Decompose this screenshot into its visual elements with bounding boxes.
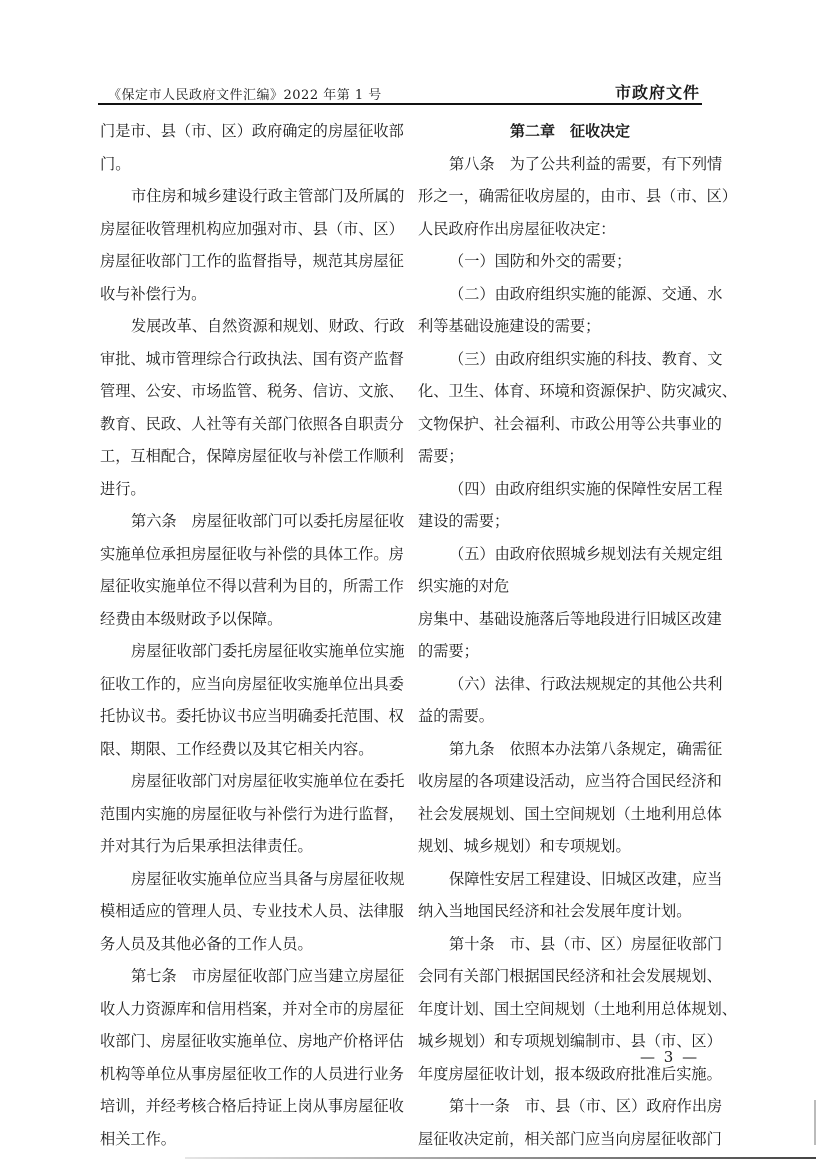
line-text: 需要；: [418, 447, 464, 465]
right-text-column: 第二章 征收决定 第八条为了公共利益的需要，有下列情形之一，确需征收房屋的，由市…: [418, 115, 722, 1155]
article-line: 第十一条市、县（市、区）政府作出房: [418, 1090, 722, 1123]
line-text: 实施单位承担房屋征收与补偿的具体工作。房: [100, 545, 404, 563]
text-line: 收人力资源库和信用档案，并对全市的房屋征: [100, 993, 404, 1026]
text-line: （六）法律、行政法规规定的其他公共利: [418, 668, 722, 701]
line-text: （三）由政府组织实施的科技、教育、文: [449, 350, 722, 368]
text-line: （一）国防和外交的需要；: [418, 245, 722, 278]
text-line: 规划、城乡规划）和专项规划。: [418, 830, 722, 863]
text-line: 门。: [100, 148, 404, 181]
line-text: 市、县（市、区）政府作出房: [525, 1097, 722, 1115]
text-line: 发展改革、自然资源和规划、财政、行政: [100, 310, 404, 343]
text-line: （四）由政府组织实施的保障性安居工程: [418, 473, 722, 506]
line-text: 模相适应的管理人员、专业技术人员、法律服: [100, 902, 404, 920]
line-text: 培训，并经考核合格后持证上岗从事房屋征收: [100, 1097, 404, 1115]
text-line: 需要；: [418, 440, 722, 473]
line-text: 并对其行为后果承担法律责任。: [100, 837, 313, 855]
text-line: 收部门、房屋征收实施单位、房地产价格评估: [100, 1025, 404, 1058]
text-line: 房屋征收实施单位应当具备与房屋征收规: [100, 863, 404, 896]
text-line: 形之一，确需征收房屋的，由市、县（市、区）: [418, 180, 722, 213]
line-text: 房屋征收管理机构应加强对市、县（市、区）: [100, 220, 404, 238]
line-text: 为了公共利益的需要，有下列情: [510, 155, 723, 173]
right-column-body: 第八条为了公共利益的需要，有下列情形之一，确需征收房屋的，由市、县（市、区）人民…: [418, 148, 722, 1156]
text-line: 工，互相配合，保障房屋征收与补偿工作顺利: [100, 440, 404, 473]
text-line: 相关工作。: [100, 1123, 404, 1156]
text-line: 收房屋的各项建设活动，应当符合国民经济和: [418, 765, 722, 798]
line-text: 年度房屋征收计划，报本级政府批准后实施。: [418, 1065, 722, 1083]
line-text: 房屋征收部门可以委托房屋征收: [192, 512, 405, 530]
line-text: 门。: [100, 155, 130, 173]
line-text: 房屋征收部门对房屋征收实施单位在委托: [131, 772, 404, 790]
text-line: （五）由政府依照城乡规划法有关规定组: [418, 538, 722, 571]
left-text-column: 门是市、县（市、区）政府确定的房屋征收部门。市住房和城乡建设行政主管部门及所属的…: [100, 115, 404, 1155]
line-text: 年度计划、国土空间规划（土地利用总体规划、: [418, 1000, 737, 1018]
header-divider: [98, 103, 702, 105]
line-text: （二）由政府组织实施的能源、交通、水: [449, 285, 722, 303]
line-text: 的需要；: [418, 642, 479, 660]
line-text: 工，互相配合，保障房屋征收与补偿工作顺利: [100, 447, 404, 465]
line-text: 教育、民政、人社等有关部门依照各自职责分: [100, 415, 404, 433]
line-text: （一）国防和外交的需要；: [449, 252, 631, 270]
line-text: 依照本办法第八条规定，确需征: [510, 740, 723, 758]
text-line: （三）由政府组织实施的科技、教育、文: [418, 343, 722, 376]
text-line: 益的需要。: [418, 700, 722, 733]
line-text: 房屋征收部门委托房屋征收实施单位实施: [131, 642, 404, 660]
text-line: 保障性安居工程建设、旧城区改建，应当: [418, 863, 722, 896]
text-line: 教育、民政、人社等有关部门依照各自职责分: [100, 408, 404, 441]
line-text: 收与补偿行为。: [100, 285, 206, 303]
line-text: 市、县（市、区）房屋征收部门: [510, 935, 723, 953]
article-line: 第六条房屋征收部门可以委托房屋征收: [100, 505, 404, 538]
article-number: 第九条: [449, 740, 495, 758]
text-line: 门是市、县（市、区）政府确定的房屋征收部: [100, 115, 404, 148]
text-line: 并对其行为后果承担法律责任。: [100, 830, 404, 863]
line-text: 纳入当地国民经济和社会发展年度计划。: [418, 902, 691, 920]
text-line: 征收工作的，应当向房屋征收实施单位出具委: [100, 668, 404, 701]
text-line: 实施单位承担房屋征收与补偿的具体工作。房: [100, 538, 404, 571]
text-line: 托协议书。委托协议书应当明确委托范围、权: [100, 700, 404, 733]
text-line: 房屋征收部门委托房屋征收实施单位实施: [100, 635, 404, 668]
article-number: 第十条: [449, 935, 495, 953]
line-text: 市房屋征收部门应当建立房屋征: [192, 967, 405, 985]
text-line: 房屋征收部门工作的监督指导，规范其房屋征: [100, 245, 404, 278]
text-line: 务人员及其他必备的工作人员。: [100, 928, 404, 961]
line-text: 市住房和城乡建设行政主管部门及所属的: [131, 187, 404, 205]
page-number: — 3 —: [640, 1048, 699, 1066]
text-line: 模相适应的管理人员、专业技术人员、法律服: [100, 895, 404, 928]
article-line: 第十条市、县（市、区）房屋征收部门: [418, 928, 722, 961]
line-text: 织实施的对危: [418, 577, 509, 595]
line-text: 收部门、房屋征收实施单位、房地产价格评估: [100, 1032, 404, 1050]
line-text: （六）法律、行政法规规定的其他公共利: [449, 675, 722, 693]
article-line: 第九条依照本办法第八条规定，确需征: [418, 733, 722, 766]
text-line: 房集中、基础设施落后等地段进行旧城区改建: [418, 603, 722, 636]
text-line: 审批、城市管理综合行政执法、国有资产监督: [100, 343, 404, 376]
line-text: 限、期限、工作经费以及其它相关内容。: [100, 740, 373, 758]
text-line: 建设的需要；: [418, 505, 722, 538]
line-text: 房屋征收部门工作的监督指导，规范其房屋征: [100, 252, 404, 270]
line-text: 管理、公安、市场监管、税务、信访、文旅、: [100, 382, 404, 400]
line-text: 发展改革、自然资源和规划、财政、行政: [131, 317, 404, 335]
line-text: 范围内实施的房屋征收与补偿行为进行监督，: [100, 805, 404, 823]
line-text: 会同有关部门根据国民经济和社会发展规划、: [418, 967, 722, 985]
text-line: 会同有关部门根据国民经济和社会发展规划、: [418, 960, 722, 993]
article-line: 第八条为了公共利益的需要，有下列情: [418, 148, 722, 181]
line-text: 务人员及其他必备的工作人员。: [100, 935, 313, 953]
text-line: 进行。: [100, 473, 404, 506]
line-text: 经费由本级财政予以保障。: [100, 610, 282, 628]
text-line: 培训，并经考核合格后持证上岗从事房屋征收: [100, 1090, 404, 1123]
line-text: 收人力资源库和信用档案，并对全市的房屋征: [100, 1000, 404, 1018]
text-line: 房屋征收部门对房屋征收实施单位在委托: [100, 765, 404, 798]
line-text: 人民政府作出房屋征收决定：: [418, 220, 615, 238]
line-text: 托协议书。委托协议书应当明确委托范围、权: [100, 707, 404, 725]
text-line: 的需要；: [418, 635, 722, 668]
line-text: 机构等单位从事房屋征收工作的人员进行业务: [100, 1065, 404, 1083]
section-label: 市政府文件: [615, 80, 700, 103]
line-text: 征收工作的，应当向房屋征收实施单位出具委: [100, 675, 404, 693]
line-text: 益的需要。: [418, 707, 494, 725]
line-text: （四）由政府组织实施的保障性安居工程: [449, 480, 722, 498]
line-text: 文物保护、社会福利、市政公用等公共事业的: [418, 415, 722, 433]
text-line: 利等基础设施建设的需要；: [418, 310, 722, 343]
line-text: 审批、城市管理综合行政执法、国有资产监督: [100, 350, 404, 368]
line-text: 规划、城乡规划）和专项规划。: [418, 837, 631, 855]
line-text: 屋征收实施单位不得以营利为目的，所需工作: [100, 577, 404, 595]
publication-title: 《保定市人民政府文件汇编》2022 年第 1 号: [108, 84, 382, 103]
text-line: 限、期限、工作经费以及其它相关内容。: [100, 733, 404, 766]
line-text: 社会发展规划、国土空间规划（土地利用总体: [418, 805, 722, 823]
text-line: 化、卫生、体育、环境和资源保护、防灾减灾、: [418, 375, 722, 408]
text-line: （二）由政府组织实施的能源、交通、水: [418, 278, 722, 311]
article-number: 第十一条: [449, 1097, 510, 1115]
article-number: 第八条: [449, 155, 495, 173]
line-text: 房集中、基础设施落后等地段进行旧城区改建: [418, 610, 722, 628]
text-line: 收与补偿行为。: [100, 278, 404, 311]
running-header: 《保定市人民政府文件汇编》2022 年第 1 号 市政府文件: [100, 80, 700, 102]
line-text: 利等基础设施建设的需要；: [418, 317, 600, 335]
article-number: 第六条: [131, 512, 177, 530]
text-line: 纳入当地国民经济和社会发展年度计划。: [418, 895, 722, 928]
article-number: 第七条: [131, 967, 177, 985]
line-text: 进行。: [100, 480, 146, 498]
text-line: 管理、公安、市场监管、税务、信访、文旅、: [100, 375, 404, 408]
text-line: 房屋征收管理机构应加强对市、县（市、区）: [100, 213, 404, 246]
text-line: 市住房和城乡建设行政主管部门及所属的: [100, 180, 404, 213]
chapter-title: 第二章 征收决定: [418, 115, 722, 148]
line-text: 相关工作。: [100, 1130, 176, 1148]
line-text: 房屋征收实施单位应当具备与房屋征收规: [131, 870, 404, 888]
text-line: 范围内实施的房屋征收与补偿行为进行监督，: [100, 798, 404, 831]
line-text: 屋征收决定前，相关部门应当向房屋征收部门: [418, 1130, 722, 1148]
text-line: 织实施的对危: [418, 570, 722, 603]
line-text: （五）由政府依照城乡规划法有关规定组: [449, 545, 722, 563]
text-line: 经费由本级财政予以保障。: [100, 603, 404, 636]
line-text: 门是市、县（市、区）政府确定的房屋征收部: [100, 122, 404, 140]
text-line: 文物保护、社会福利、市政公用等公共事业的: [418, 408, 722, 441]
article-line: 第七条市房屋征收部门应当建立房屋征: [100, 960, 404, 993]
line-text: 收房屋的各项建设活动，应当符合国民经济和: [418, 772, 722, 790]
text-line: 屋征收实施单位不得以营利为目的，所需工作: [100, 570, 404, 603]
line-text: 建设的需要；: [418, 512, 509, 530]
text-line: 社会发展规划、国土空间规划（土地利用总体: [418, 798, 722, 831]
text-line: 机构等单位从事房屋征收工作的人员进行业务: [100, 1058, 404, 1091]
line-text: 化、卫生、体育、环境和资源保护、防灾减灾、: [418, 382, 737, 400]
line-text: 保障性安居工程建设、旧城区改建，应当: [449, 870, 722, 888]
text-line: 屋征收决定前，相关部门应当向房屋征收部门: [418, 1123, 722, 1156]
text-line: 人民政府作出房屋征收决定：: [418, 213, 722, 246]
line-text: 形之一，确需征收房屋的，由市、县（市、区）: [418, 187, 737, 205]
text-line: 年度计划、国土空间规划（土地利用总体规划、: [418, 993, 722, 1026]
